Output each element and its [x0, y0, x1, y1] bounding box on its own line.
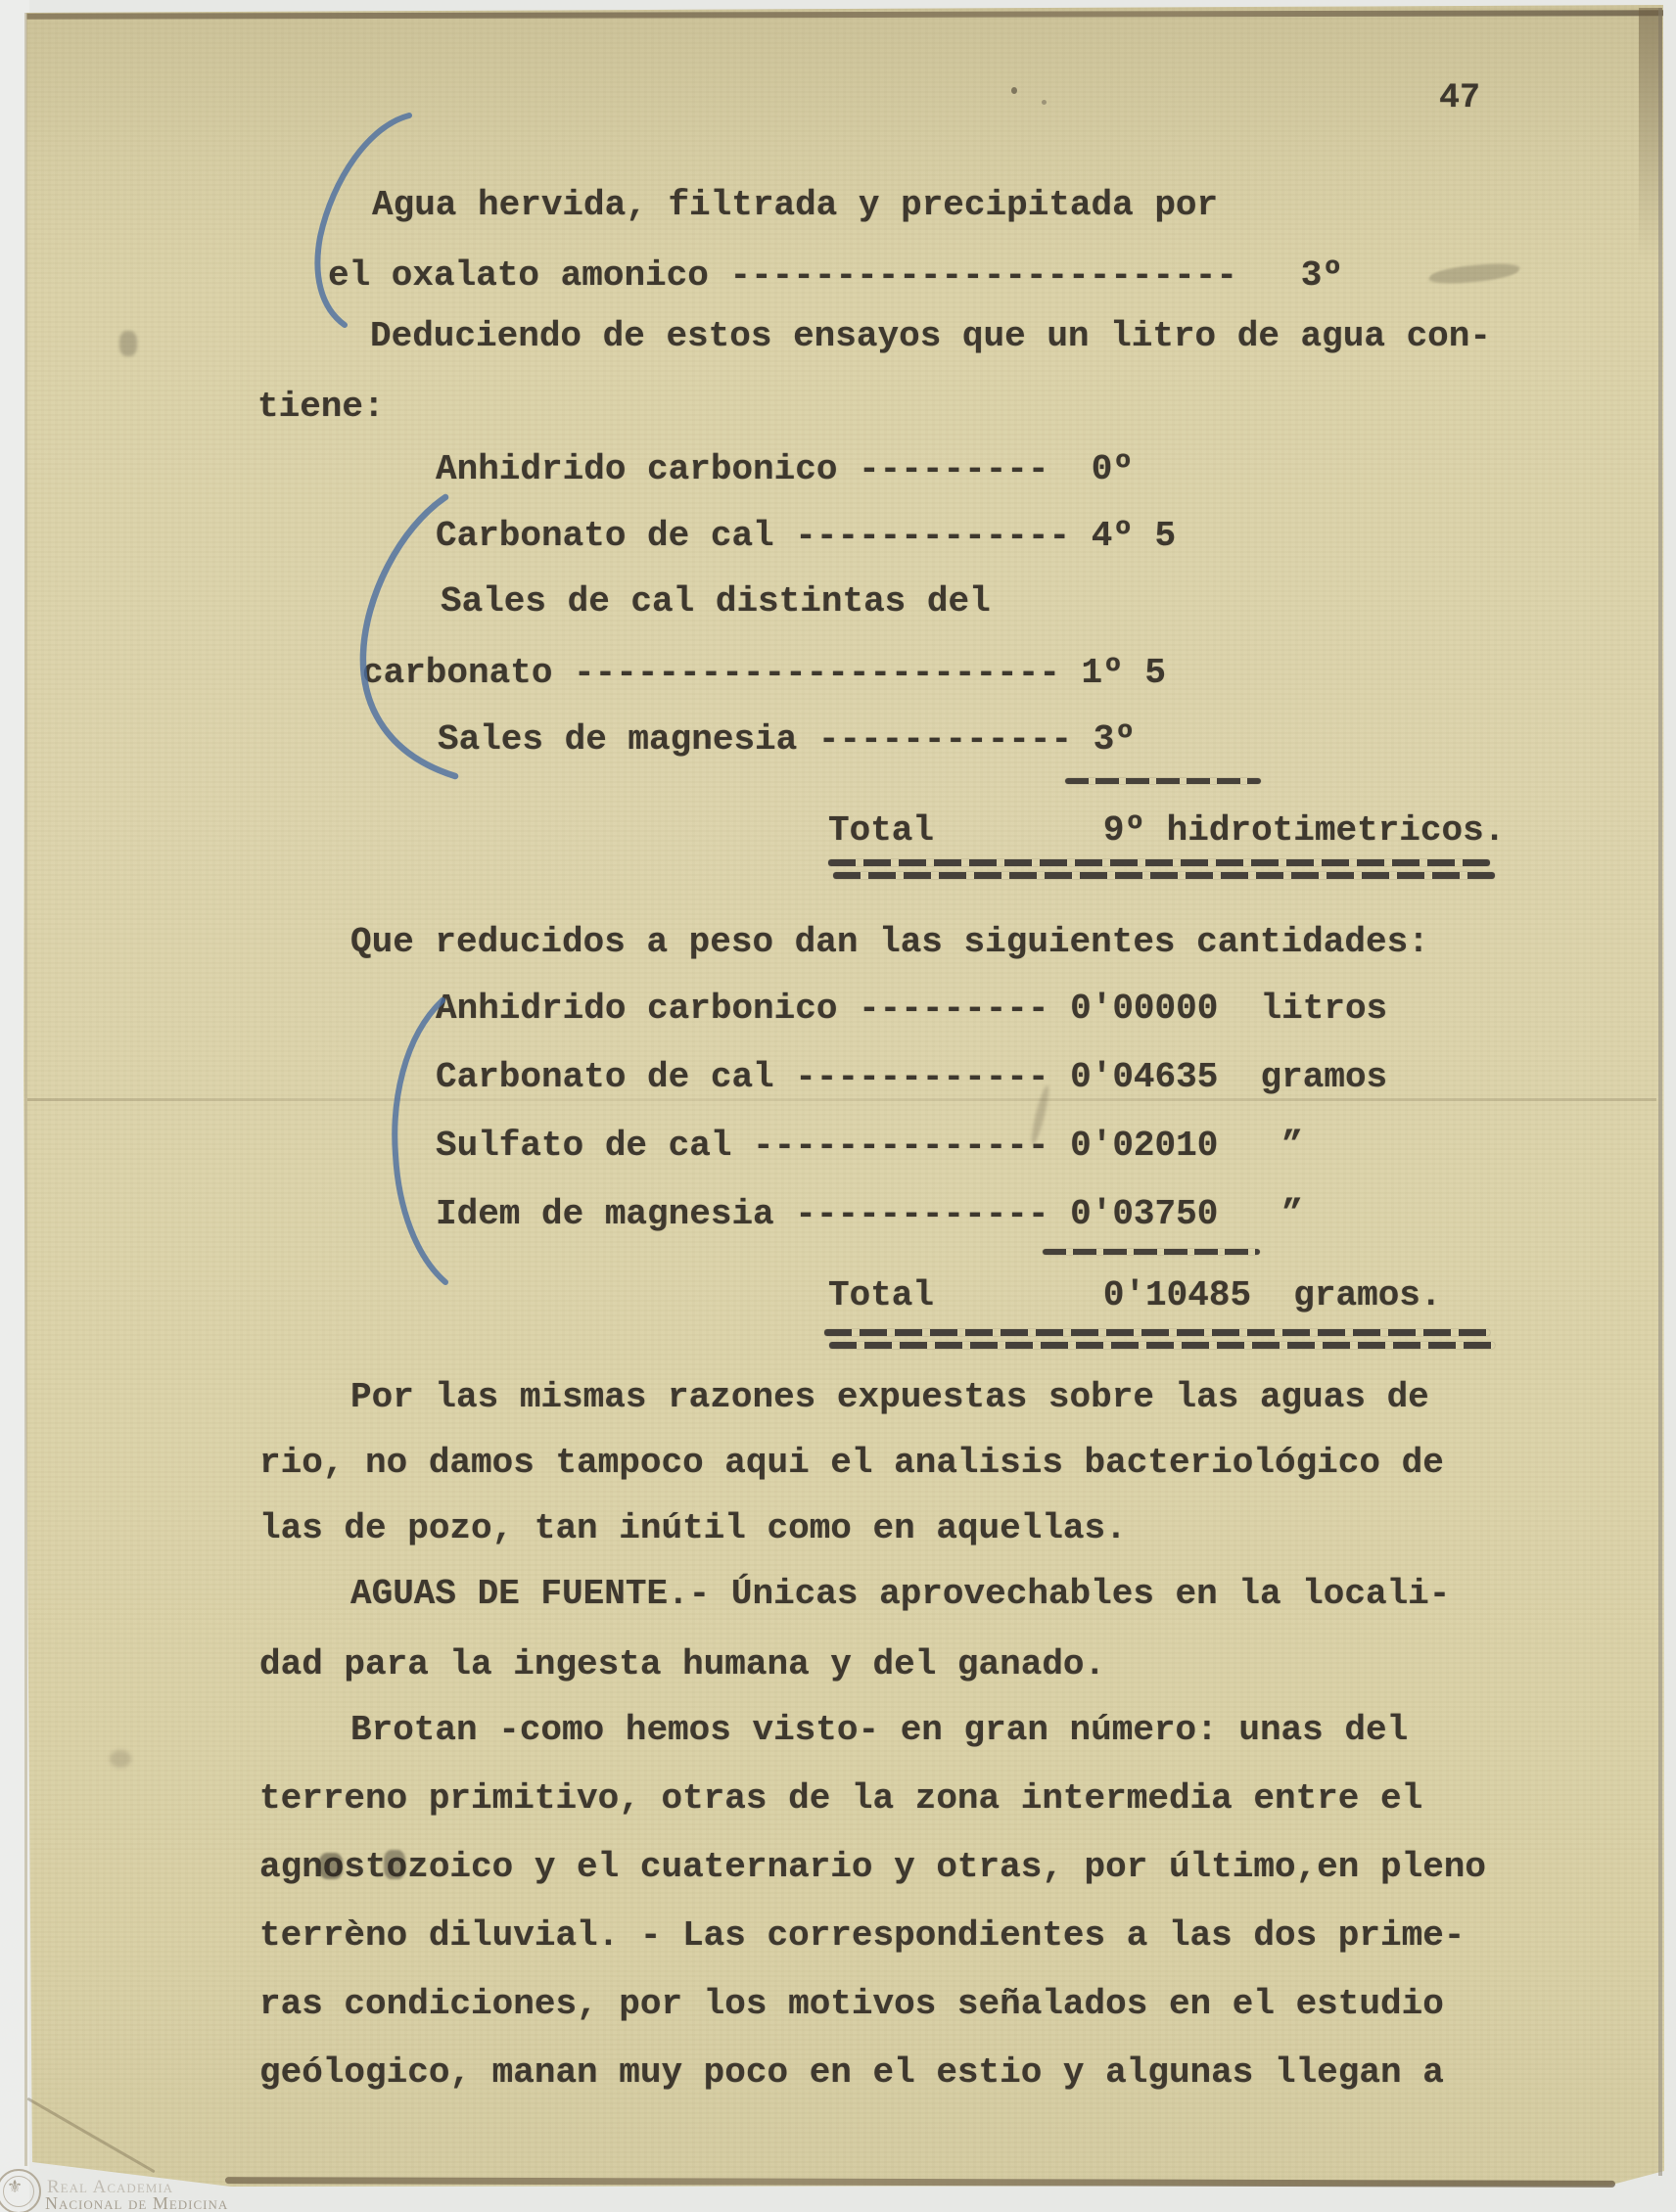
table-row: Carbonato de cal ------------ 0'04635 gr… — [436, 1058, 1387, 1097]
seal-crest-icon: ⚜ — [7, 2177, 23, 2197]
total-line: Total 9º hidrotimetricos. — [828, 811, 1505, 851]
typed-line: Deduciendo de estos ensayos que un litro… — [370, 317, 1491, 356]
typed-line: agnostozoico y el cuaternario y otras, p… — [259, 1848, 1486, 1887]
table-row: Anhidrido carbonico --------- 0'00000 li… — [436, 990, 1387, 1029]
typed-line: Brotan -como hemos visto- en gran número… — [350, 1711, 1408, 1750]
typed-double-rule — [833, 872, 1495, 879]
typed-line: terrèno diluvial. - Las correspondientes… — [259, 1916, 1465, 1956]
overtyped-letters — [384, 1850, 405, 1879]
ink-speck — [1011, 87, 1017, 94]
table-row: Sales de cal distintas del — [441, 582, 991, 622]
table-row: Sulfato de cal -------------- 0'02010 ” — [436, 1127, 1303, 1166]
table-row: carbonato ----------------------- 1º 5 — [362, 654, 1166, 693]
typed-line: dad para la ingesta humana y del ganado. — [259, 1645, 1105, 1684]
typed-line: geólogico, manan muy poco en el estio y … — [259, 2053, 1444, 2093]
typed-line: tiene: — [257, 388, 385, 427]
table-row: Anhidrido carbonico --------- 0º — [436, 450, 1134, 489]
typed-line: las de pozo, tan inútil como en aquellas… — [259, 1509, 1127, 1548]
typed-line: ras condiciones, por los motivos señalad… — [259, 1985, 1444, 2024]
typed-line: Agua hervida, filtrada y precipitada por — [372, 186, 1218, 225]
margin-smudge — [119, 331, 137, 356]
ink-speck — [1042, 100, 1047, 105]
typed-double-rule — [828, 859, 1490, 866]
typed-underline — [1065, 778, 1261, 784]
archive-watermark: ⚜ Real Academia Nacional de Medicina — [0, 2165, 294, 2212]
paper-right-edge — [1658, 8, 1662, 2176]
paper-right-edge-shadow — [1639, 8, 1662, 262]
typed-line: rio, no damos tampoco aqui el analisis b… — [259, 1444, 1444, 1483]
typed-line: el oxalato amonico ---------------------… — [328, 256, 1343, 296]
horizontal-crease — [27, 1098, 1656, 1101]
total-line: Total 0'10485 gramos. — [828, 1276, 1442, 1315]
paper-left-edge — [24, 13, 27, 2166]
table-row: Carbonato de cal ------------- 4º 5 — [436, 517, 1176, 556]
table-row: Sales de magnesia ------------ 3º — [438, 720, 1136, 760]
overtyped-letters — [319, 1853, 343, 1879]
watermark-line2: Nacional de Medicina — [45, 2193, 228, 2212]
page-number: 47 — [1439, 78, 1480, 117]
typed-line: Por las mismas razones expuestas sobre l… — [350, 1378, 1429, 1417]
table-row: Idem de magnesia ------------ 0'03750 ” — [436, 1195, 1303, 1234]
typed-line: AGUAS DE FUENTE.- Únicas aprovechables e… — [350, 1575, 1450, 1614]
typed-underline — [1043, 1249, 1260, 1255]
typed-double-rule — [829, 1342, 1495, 1349]
typed-line: Que reducidos a peso dan las siguientes … — [350, 923, 1429, 962]
typed-line: terreno primitivo, otras de la zona inte… — [259, 1779, 1422, 1819]
typed-double-rule — [824, 1329, 1490, 1336]
scanned-document-page: 47 Agua hervida, filtrada y precipitada … — [0, 0, 1676, 2212]
margin-smudge — [110, 1750, 131, 1768]
academy-seal-icon: ⚜ — [0, 2169, 41, 2212]
